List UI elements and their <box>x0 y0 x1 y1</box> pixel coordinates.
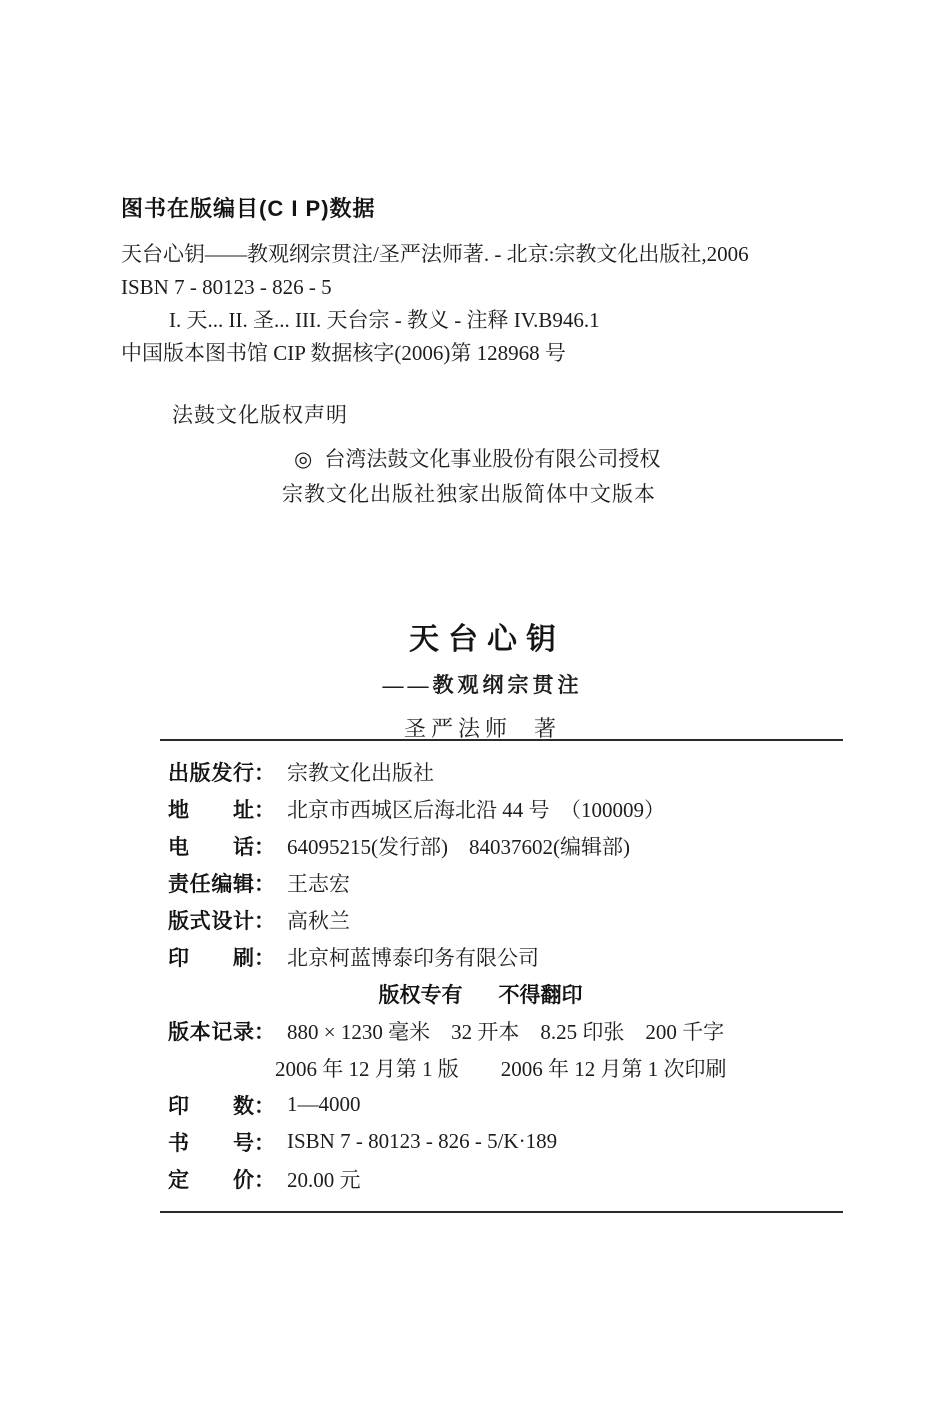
title-block: 天台心钥 ——教观纲宗贯注 圣严法师著 <box>130 614 835 743</box>
book-subtitle: ——教观纲宗贯注 <box>130 669 835 699</box>
row-colon: ： <box>254 905 275 935</box>
colophon-row-phone: 电话： 64095215(发行部) 84037602(编辑部) <box>168 827 843 864</box>
colophon-row-designer: 版式设计： 高秋兰 <box>168 901 843 938</box>
row-label: 印刷 <box>168 942 254 972</box>
colophon: 出版发行： 宗教文化出版社 地址： 北京市西城区后海北沿 44 号 （10000… <box>168 753 843 1197</box>
row-label: 出版发行 <box>168 757 254 787</box>
row-value: 王志宏 <box>287 868 350 898</box>
author-name: 圣严法师 <box>404 716 512 741</box>
cip-heading: 图书在版编目(C I P)数据 <box>121 192 841 223</box>
row-label: 电话 <box>168 831 254 861</box>
row-colon: ： <box>254 831 275 861</box>
rights-statement-heading: 法鼓文化版权声明 <box>172 399 348 429</box>
row-value: 64095215(发行部) 84037602(编辑部) <box>287 831 630 861</box>
row-label: 印数 <box>168 1090 254 1120</box>
row-colon: ： <box>254 1016 275 1046</box>
row-colon: ： <box>254 1090 275 1120</box>
row-value: ISBN 7 - 80123 - 826 - 5/K·189 <box>287 1129 557 1154</box>
row-colon: ： <box>254 1127 275 1157</box>
copyright-notice: 版权专有 不得翻印 <box>168 975 843 1012</box>
row-value: 北京市西城区后海北沿 44 号 （100009） <box>287 794 665 824</box>
row-value: 高秋兰 <box>287 905 350 935</box>
cip-classification-line: I. 天... II. 圣... III. 天台宗 - 教义 - 注释 IV.B… <box>121 304 841 337</box>
colophon-row-price: 定价： 20.00 元 <box>168 1160 843 1197</box>
row-colon: ： <box>254 868 275 898</box>
edition-date: 2006 年 12 月第 1 版 <box>275 1057 459 1081</box>
colophon-row-book-number: 书号： ISBN 7 - 80123 - 826 - 5/K·189 <box>168 1123 843 1160</box>
notice-left: 版权专有 <box>379 979 463 1009</box>
row-value: 1—4000 <box>287 1092 361 1117</box>
cip-title-line: 天台心钥——教观纲宗贯注/圣严法师著. - 北京:宗教文化出版社,2006 <box>121 238 841 271</box>
row-label: 责任编辑 <box>168 868 254 898</box>
row-value: 宗教文化出版社 <box>287 757 434 787</box>
row-label: 版本记录 <box>168 1016 254 1046</box>
cip-record-number-line: 中国版本图书馆 CIP 数据核字(2006)第 128968 号 <box>121 337 841 370</box>
row-value: 2006 年 12 月第 1 版2006 年 12 月第 1 次印刷 <box>168 1053 727 1083</box>
colophon-row-editor: 责任编辑： 王志宏 <box>168 864 843 901</box>
row-label: 版式设计 <box>168 905 254 935</box>
row-colon: ： <box>254 942 275 972</box>
divider-bottom <box>160 1211 843 1213</box>
row-value: 20.00 元 <box>287 1164 361 1194</box>
rights-statement-line1: ◎台湾法鼓文化事业股份有限公司授权 <box>294 443 660 473</box>
rights-grantor-text: 台湾法鼓文化事业股份有限公司授权 <box>324 447 660 471</box>
row-value: 北京柯蓝博泰印务有限公司 <box>287 942 539 972</box>
row-colon: ： <box>254 757 275 787</box>
cip-isbn-line: ISBN 7 - 80123 - 826 - 5 <box>121 271 841 304</box>
author-role: 著 <box>534 716 561 741</box>
row-label: 地址 <box>168 794 254 824</box>
rights-statement-line2: 宗教文化出版社独家出版简体中文版本 <box>282 478 656 508</box>
row-label: 定价 <box>168 1164 254 1194</box>
cip-block: 图书在版编目(C I P)数据 天台心钥——教观纲宗贯注/圣严法师著. - 北京… <box>121 192 841 370</box>
row-value: 880 × 1230 毫米 32 开本 8.25 印张 200 千字 <box>287 1016 724 1046</box>
double-circle-icon: ◎ <box>294 447 312 471</box>
colophon-row-print-run: 印数： 1—4000 <box>168 1086 843 1123</box>
row-colon: ： <box>254 794 275 824</box>
colophon-row-address: 地址： 北京市西城区后海北沿 44 号 （100009） <box>168 790 843 827</box>
row-colon: ： <box>254 1164 275 1194</box>
divider-top <box>160 739 843 741</box>
colophon-row-printer: 印刷： 北京柯蓝博泰印务有限公司 <box>168 938 843 975</box>
notice-right: 不得翻印 <box>499 979 583 1009</box>
row-label: 书号 <box>168 1127 254 1157</box>
colophon-row-edition-continued: 2006 年 12 月第 1 版2006 年 12 月第 1 次印刷 <box>168 1049 843 1086</box>
printing-date: 2006 年 12 月第 1 次印刷 <box>501 1057 727 1081</box>
colophon-row-edition: 版本记录： 880 × 1230 毫米 32 开本 8.25 印张 200 千字 <box>168 1012 843 1049</box>
colophon-row-publisher: 出版发行： 宗教文化出版社 <box>168 753 843 790</box>
book-title: 天台心钥 <box>130 614 835 658</box>
